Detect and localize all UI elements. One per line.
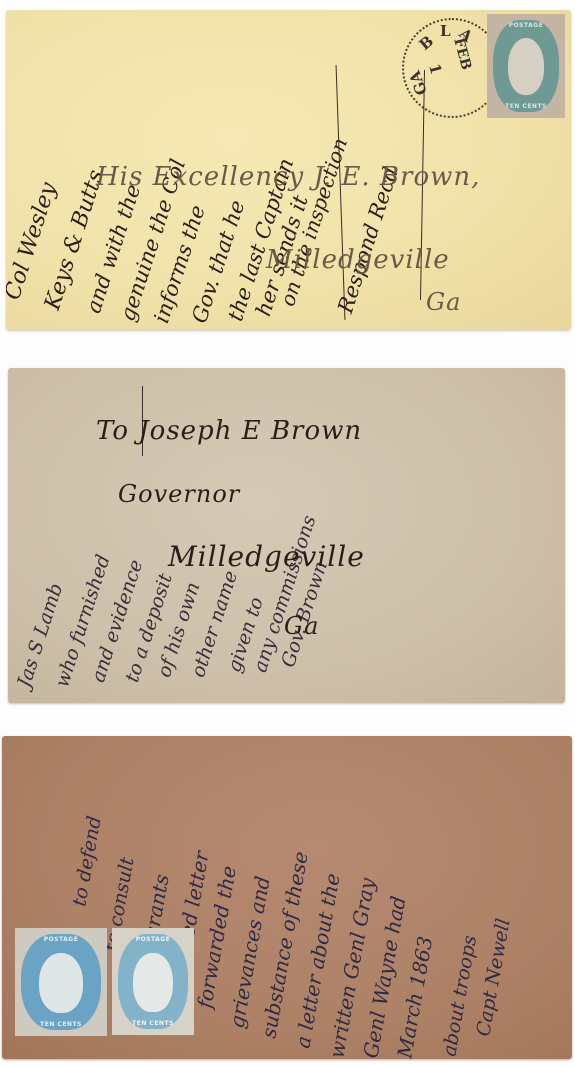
envelope-brown: to defend to consult party grants furnis… bbox=[2, 736, 572, 1059]
postage-stamp: POSTAGE TEN CENTS bbox=[487, 14, 565, 118]
postmark-town: B bbox=[416, 32, 437, 54]
address-line-4: Ga bbox=[284, 612, 319, 640]
stamp-denomination: TEN CENTS bbox=[118, 1020, 188, 1027]
docket-line: Capt Newell bbox=[472, 917, 514, 1038]
stamp-portrait bbox=[39, 953, 84, 1013]
docket-line: to defend bbox=[68, 814, 106, 908]
address-line-1: His Excellency J. E. Brown, bbox=[96, 162, 480, 192]
stamp-denomination: TEN CENTS bbox=[493, 103, 559, 110]
ink-rule-line bbox=[336, 65, 346, 320]
stamp-portrait bbox=[508, 38, 545, 95]
envelope-grey: Jas S Lamb who furnished and evidence to… bbox=[8, 368, 565, 703]
postmark-town: L bbox=[440, 22, 451, 40]
stamp-frame: POSTAGE TEN CENTS bbox=[493, 20, 559, 112]
address-line-3: Ga bbox=[426, 288, 461, 316]
postmark-month: FEB bbox=[450, 36, 474, 71]
stamp-header: POSTAGE bbox=[21, 936, 101, 943]
stamp-header: POSTAGE bbox=[493, 22, 559, 29]
stamp-header: POSTAGE bbox=[118, 936, 188, 943]
stamp-denomination: TEN CENTS bbox=[21, 1021, 101, 1028]
postmark-day: 1 bbox=[425, 62, 445, 77]
envelope-cream: Col Wesley Keys & Butts and with the gen… bbox=[6, 10, 571, 330]
stamp-portrait bbox=[133, 953, 172, 1012]
address-line-2: Milledgeville bbox=[266, 245, 450, 275]
stamp-frame: POSTAGE TEN CENTS bbox=[118, 934, 188, 1029]
docket-line: about troops bbox=[438, 934, 481, 1058]
address-line-2: Governor bbox=[118, 480, 240, 508]
postage-stamp: POSTAGE TEN CENTS bbox=[112, 928, 194, 1035]
postage-stamp: POSTAGE TEN CENTS bbox=[15, 928, 107, 1036]
address-line-3: Milledgeville bbox=[168, 540, 365, 573]
address-line-1: To Joseph E Brown bbox=[96, 416, 362, 446]
stamp-frame: POSTAGE TEN CENTS bbox=[21, 934, 101, 1030]
